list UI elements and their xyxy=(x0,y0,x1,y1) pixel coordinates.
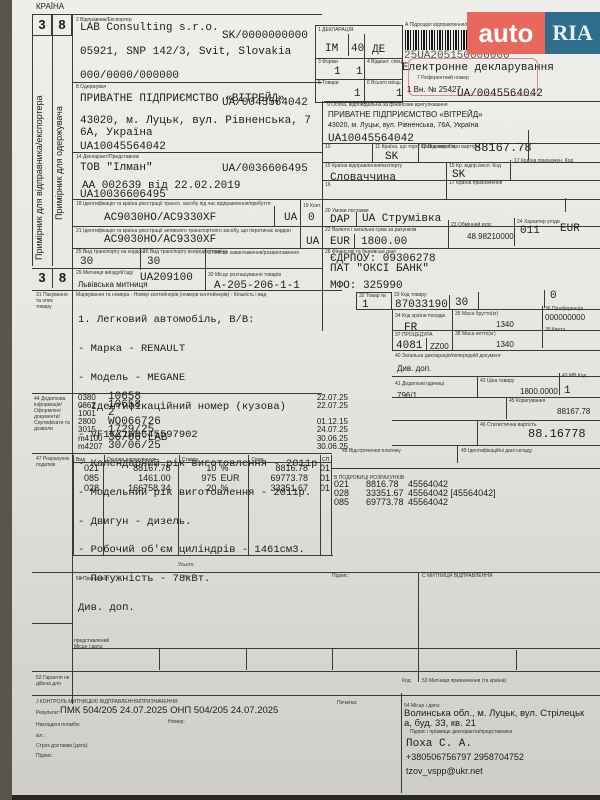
f31-label: 31 Пакування та опис товару xyxy=(36,292,68,310)
f22-label: 22 Валюта і загальна сума за рахунком xyxy=(325,227,416,233)
financial-person-name: ПРИВАТНЕ ПІДПРИЄМСТВО «ВІТРЕЙД» xyxy=(328,110,483,119)
f25-label: 25 Вид транспорту на кордоні xyxy=(76,249,145,255)
tax-total-label: Усього: xyxy=(178,562,195,568)
copy-label-recipient: Примірник для одержувача xyxy=(54,70,64,220)
f28-line3: МФО: 325990 xyxy=(330,280,403,292)
f19-label: 19 Конт. xyxy=(303,203,322,209)
seal-number-label: Номер: xyxy=(168,719,185,725)
goods-description-line: Див. доп. xyxy=(78,604,324,614)
forms-label: 3 Форми xyxy=(318,59,338,65)
deadline-label: Строк доставки (дата): xyxy=(36,743,89,749)
f22-currency: EUR xyxy=(330,236,350,248)
f29-label: 29 Митниця виїзду/в'їзду xyxy=(76,270,133,276)
f20-code: DAP xyxy=(330,214,350,226)
f36-value: 000000000 xyxy=(545,313,585,322)
f17-label: 17 Країна призначення xyxy=(449,180,502,186)
financial-person-address: 43020, м. Луцьк, вул. Рівненська, 76А, У… xyxy=(328,121,478,130)
declarant-phone: +380506756797 2958704752 xyxy=(406,752,524,762)
calc-detail-row: 085 69773.78 45564042 xyxy=(334,498,496,507)
f24-code: 011 xyxy=(520,225,540,237)
f43-value: 1 xyxy=(564,385,571,397)
f45-value: 88167.78 xyxy=(557,407,590,416)
f15-value: Словаччина xyxy=(330,172,396,184)
f12-label: 12 Відомості про вартість xyxy=(421,144,480,150)
country-label: КРАЇНА xyxy=(36,2,64,11)
f37-label: 37 ПРОЦЕДУРА xyxy=(395,332,433,338)
declaration-type-2: 40 xyxy=(351,43,364,55)
declaration-label: 1 ДЕКЛАРАЦІЯ xyxy=(318,27,353,33)
tax-table-header: Вид Основа нарахування Ставка Сума СП xyxy=(74,455,331,463)
declarant-signature-label: Підпис і прізвище декларанта/представник… xyxy=(410,729,512,735)
goods-description-line: 1. Легковий автомобіль, B/B: xyxy=(78,316,324,326)
seals-label: Накладені пломби: xyxy=(36,722,80,728)
f20-place: UA Струмівка xyxy=(362,213,441,225)
goods-count: 1 xyxy=(354,88,361,100)
financial-person-label: 9 Особа, відповідальна за фінансове врег… xyxy=(327,102,448,108)
copy-label-sender: Примірник для відправника/експортера xyxy=(34,60,44,260)
calc-details: 021 8816.78 45564042 028 33351.67 455640… xyxy=(334,480,496,507)
signature2-label: Підпис: xyxy=(36,753,53,759)
f29-code: UA209100 xyxy=(140,272,193,284)
principal-label: 50 Принципал xyxy=(76,576,109,582)
forms-value-1: 1 xyxy=(334,66,341,78)
f27-label: 27 Місце завантаження/розвантаження xyxy=(208,250,299,256)
places-label: 6 Всього місць xyxy=(367,80,401,86)
f18-country: UA xyxy=(284,212,297,224)
f40-label: 40 Загальна декларація/попередній докуме… xyxy=(395,353,501,359)
f18-value: AC9030HO/AC9330XF xyxy=(104,212,216,224)
f35-label: 35 Маса брутто(кг) xyxy=(455,311,498,317)
goods-description-line: - Модель - MEGANE xyxy=(78,374,324,384)
f35-value: 1340 xyxy=(496,320,514,329)
sender-address: 05921, SNP 142/3, Svit, Slovakia xyxy=(80,46,291,58)
declaration-type-1: IM xyxy=(325,43,338,55)
f23-value: 48.98210000 xyxy=(467,232,514,241)
financial-person-code: UA/0045564042 xyxy=(457,88,543,100)
tax-row: 085 1461.00 975 EUR 69773.78 01 xyxy=(74,473,331,483)
places-count: 1 xyxy=(396,88,403,100)
f33-extra: 30 xyxy=(455,297,468,309)
goods-description-line: - Потужність - 78кВт. xyxy=(78,575,324,585)
principal-number-label: № xyxy=(184,574,189,580)
goods-description-line: - Марка - RENAULT xyxy=(78,345,324,355)
f10-label: 10 xyxy=(325,144,331,150)
f34-label: 34 Код країни походж. xyxy=(395,313,446,319)
f26-value: 30 xyxy=(147,256,160,268)
f45-label: 45 Коригування xyxy=(509,398,545,404)
code-label: Код xyxy=(402,678,411,684)
declarant-code: UA/0036606495 xyxy=(222,163,308,175)
declarant-signature-name: Поха С. А. xyxy=(406,738,472,750)
f43-label: 43 МВ Код xyxy=(562,373,586,379)
f36-label: 36 Преференція xyxy=(545,306,583,312)
f28-line2: ПАТ "ОКСІ БАНК" xyxy=(330,263,429,275)
sender-id: 000/0000/000000 xyxy=(80,70,179,82)
f22-amount: 1800.00 xyxy=(361,236,407,248)
f44-label: 44 Додаткова інформація/Оформлені докуме… xyxy=(34,396,72,432)
stamp-label: Печатка: xyxy=(337,700,357,706)
recipient-address-line2: 6А, Україна xyxy=(80,127,153,139)
autoria-logo-ria: RIA xyxy=(545,12,600,54)
f33-extra-2: 0 xyxy=(550,290,557,302)
f21-value: AC9030HO/AC9330XF xyxy=(104,234,216,246)
destination-customs-label: 53 Митниця призначення (та країна) xyxy=(422,678,506,684)
f16-label: 16 xyxy=(325,182,331,188)
declarant-label: 14 Декларант/Представник xyxy=(76,154,139,160)
control-result: ПМК 504/205 24.07.2025 ОНП 504/205 24.07… xyxy=(60,705,278,716)
f40-value: Див. доп. xyxy=(397,364,431,373)
f18-label: 18 Ідентифікація та країна реєстрації тр… xyxy=(76,201,271,207)
goods-count-label: 5 Товари xyxy=(318,80,339,86)
sender-code: SK/0000000000 xyxy=(222,30,308,42)
recipient-code: UA/0045564042 xyxy=(222,97,308,109)
f32-value: 1 xyxy=(362,299,369,311)
f17a-label: 17 Країна призначен. Код xyxy=(514,158,573,164)
f47-label: 47 Розрахунок податків xyxy=(36,456,70,468)
f42-value: 1800.0000 xyxy=(520,387,558,396)
place-line2: а, буд. 33, кв. 21 xyxy=(404,719,476,729)
copy-number-2-bottom: 8 xyxy=(52,268,72,288)
recipient-address-line1: 43020, м. Луцьк, вул. Рівненська, 7 xyxy=(80,115,311,127)
declarant-name: ТОВ "Ілман" xyxy=(80,162,153,174)
f33-label: 33 Код товару xyxy=(394,292,426,298)
f38-label: 38 Маса нетто(кг) xyxy=(455,331,496,337)
f24-currency: EUR xyxy=(560,223,580,235)
f19-value: 0 xyxy=(308,212,315,224)
f48-label: 48 Відстрочення платежу xyxy=(342,448,401,454)
f25-value: 30 xyxy=(80,256,93,268)
spec-label: 4 Відвант. спец. xyxy=(367,59,403,65)
tax-row: 021 88167.78 10 % 8816.78 01 xyxy=(74,463,331,473)
seal-count-label: кіл.: xyxy=(36,733,45,739)
f46-value: 88.16778 xyxy=(528,428,586,441)
f41-value: 796/1 xyxy=(397,391,417,400)
f42-label: 42 Ціна товару xyxy=(480,378,514,384)
copy-number-2: 8 xyxy=(52,14,72,36)
sender-name: LAB Consulting s.r.o. xyxy=(80,22,219,34)
place-date-label: Місце і дата: xyxy=(74,644,103,650)
documents-list: 0380 10658 22.07.25 0862 10658 22.07.25 … xyxy=(78,393,348,450)
result-label: Результат: xyxy=(36,710,60,716)
f15-label: 15 Країна відправлення/експорту xyxy=(325,163,402,169)
tax-row: 028 166758.34 20 % 33351.67 01 xyxy=(74,483,331,493)
f21-country: UA xyxy=(306,236,319,248)
copy-number-1: 3 xyxy=(32,14,52,36)
declaration-type-3: ДЕ xyxy=(372,44,385,56)
f41-label: 41 Додаткові одиниці xyxy=(395,381,444,387)
forms-value-2: 1 xyxy=(356,66,363,78)
signature-label: Підпис: xyxy=(332,573,349,579)
document-row: m4207 30/06/25 30.06.25 xyxy=(78,442,348,450)
declarant-email: tzov_vspp@ukr.net xyxy=(406,766,483,776)
customs-declaration-document: КРАЇНА 3 8 Примірник для відправника/екс… xyxy=(12,0,600,800)
f12-value: 88167.78 xyxy=(474,142,532,155)
recipient-label: 8 Одержувач xyxy=(76,84,106,90)
f39-label: 39 Квота xyxy=(545,327,565,333)
departure-customs-label: C МИТНИЦЯ ВІДПРАВЛЕННЯ xyxy=(422,573,492,579)
f49-label: 49 Ідентифікаційні дані складу xyxy=(461,448,532,454)
f38-value: 1340 xyxy=(496,340,514,349)
f30-label: 30 Місце розташування товарів xyxy=(208,272,281,278)
f23-label: 23 Обмінний курс xyxy=(451,222,492,228)
f29-name: Львівська митниця xyxy=(78,280,148,289)
tax-table: Вид Основа нарахування Ставка Сума СП 02… xyxy=(73,455,331,555)
copy-number-1-bottom: 3 xyxy=(32,268,52,288)
autoria-logo-auto: auto xyxy=(467,12,545,54)
guarantee-label: 52 Гарантія не дійсна для xyxy=(36,675,70,687)
